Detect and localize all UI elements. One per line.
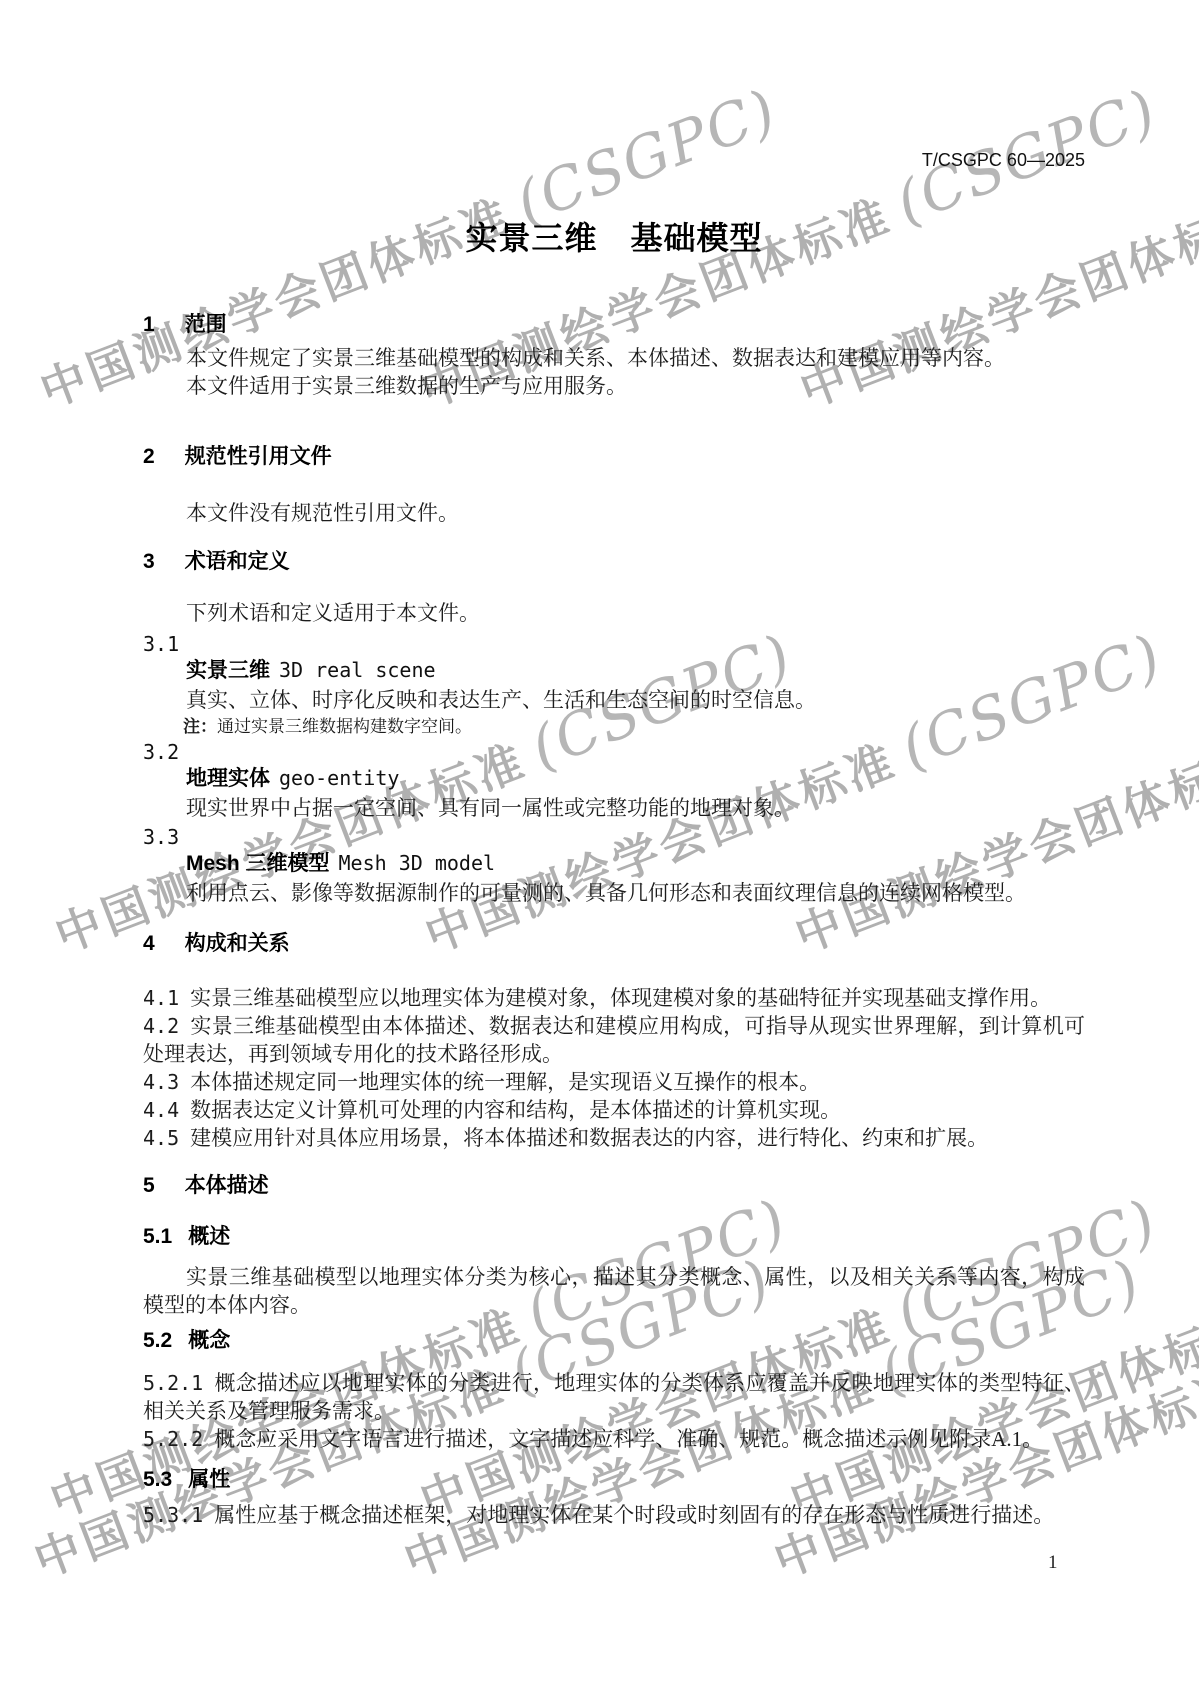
clause-4-2-number: 4.2 xyxy=(143,1014,179,1038)
clause-5-3-1-text: 属性应基于概念描述框架，对地理实体在某个时段或时刻固有的存在形态与性质进行描述。 xyxy=(214,1503,1054,1527)
section-5-1-heading: 5.1概述 xyxy=(143,1224,1085,1250)
section-5-1-paragraph: 实景三维基础模型以地理实体分类为核心，描述其分类概念、属性，以及相关关系等内容，… xyxy=(143,1263,1085,1319)
term-3-2-number: 3.2 xyxy=(143,739,1085,765)
clause-5-2-1-number: 5.2.1 xyxy=(143,1371,203,1395)
note-text: 通过实景三维数据构建数字空间。 xyxy=(217,717,472,736)
section-5-2-heading: 5.2概念 xyxy=(143,1328,1085,1354)
term-3-3: Mesh 三维模型Mesh 3D model xyxy=(186,850,1085,879)
term-3-1-definition: 真实、立体、时序化反映和表达生产、生活和生态空间的时空信息。 xyxy=(186,686,1085,714)
section-1-title: 范围 xyxy=(185,313,227,336)
scope-paragraph-1: 本文件规定了实景三维基础模型的构成和关系、本体描述、数据表达和建模应用等内容。 xyxy=(143,344,1085,372)
section-4-heading: 4构成和关系 xyxy=(143,931,1085,957)
clause-4-1-number: 4.1 xyxy=(143,986,179,1010)
scope-paragraph-2: 本文件适用于实景三维数据的生产与应用服务。 xyxy=(143,372,1085,400)
clause-4-4: 4.4数据表达定义计算机可处理的内容和结构，是本体描述的计算机实现。 xyxy=(143,1096,1085,1124)
clause-5-2-1: 5.2.1概念描述应以地理实体的分类进行，地理实体的分类体系应覆盖并反映地理实体… xyxy=(143,1369,1085,1425)
term-3-3-number: 3.3 xyxy=(143,824,1085,850)
clause-4-3: 4.3本体描述规定同一地理实体的统一理解，是实现语义互操作的根本。 xyxy=(143,1068,1085,1096)
section-5-3-number: 5.3 xyxy=(143,1467,172,1493)
normative-ref-paragraph: 本文件没有规范性引用文件。 xyxy=(143,499,1085,527)
section-5-number: 5 xyxy=(143,1173,155,1199)
term-3-3-definition: 利用点云、影像等数据源制作的可量测的、具备几何形态和表面纹理信息的连续网格模型。 xyxy=(186,879,1085,907)
section-4-title: 构成和关系 xyxy=(185,932,290,955)
clause-4-1: 4.1实景三维基础模型应以地理实体为建模对象，体现建模对象的基础特征并实现基础支… xyxy=(143,984,1085,1012)
clause-4-1-text: 实景三维基础模型应以地理实体为建模对象，体现建模对象的基础特征并实现基础支撑作用… xyxy=(190,986,1051,1010)
clause-5-3-1: 5.3.1属性应基于概念描述框架，对地理实体在某个时段或时刻固有的存在形态与性质… xyxy=(143,1501,1085,1529)
section-2-heading: 2规范性引用文件 xyxy=(143,444,1085,470)
term-3-2-cn: 地理实体 xyxy=(186,767,270,790)
section-5-1-number: 5.1 xyxy=(143,1224,172,1250)
terms-intro: 下列术语和定义适用于本文件。 xyxy=(143,599,1085,627)
clause-5-2-1-text: 概念描述应以地理实体的分类进行，地理实体的分类体系应覆盖并反映地理实体的类型特征… xyxy=(143,1371,1085,1423)
section-5-1-title: 概述 xyxy=(188,1225,230,1248)
term-3-1-note: 注：通过实景三维数据构建数字空间。 xyxy=(183,714,1085,739)
term-3-2-en: geo-entity xyxy=(279,766,399,790)
section-2-number: 2 xyxy=(143,444,155,470)
section-3-heading: 3术语和定义 xyxy=(143,549,1085,575)
term-3-3-en: Mesh 3D model xyxy=(339,851,496,875)
note-label: 注： xyxy=(183,717,217,736)
clause-5-2-2-text: 概念应采用文字语言进行描述，文字描述应科学、准确、规范。概念描述示例见附录A.1… xyxy=(214,1427,1043,1451)
clause-4-2-text: 实景三维基础模型由本体描述、数据表达和建模应用构成，可指导从现实世界理解，到计算… xyxy=(143,1014,1085,1066)
document-title: 实景三维 基础模型 xyxy=(143,216,1085,260)
section-4-number: 4 xyxy=(143,931,155,957)
clause-4-3-number: 4.3 xyxy=(143,1070,179,1094)
clause-4-5-number: 4.5 xyxy=(143,1126,179,1150)
clause-4-2: 4.2实景三维基础模型由本体描述、数据表达和建模应用构成，可指导从现实世界理解，… xyxy=(143,1012,1085,1068)
term-3-1-cn: 实景三维 xyxy=(186,659,270,682)
clause-4-5-text: 建模应用针对具体应用场景，将本体描述和数据表达的内容，进行特化、约束和扩展。 xyxy=(190,1126,988,1150)
doc-number: T/CSGPC 60—2025 xyxy=(143,148,1085,172)
clause-4-4-number: 4.4 xyxy=(143,1098,179,1122)
term-3-1: 实景三维3D real scene xyxy=(186,657,1085,686)
section-5-2-title: 概念 xyxy=(188,1329,230,1352)
term-3-2: 地理实体geo-entity xyxy=(186,765,1085,794)
section-3-title: 术语和定义 xyxy=(185,550,290,573)
section-5-2-number: 5.2 xyxy=(143,1328,172,1354)
term-3-1-en: 3D real scene xyxy=(279,658,436,682)
section-3-number: 3 xyxy=(143,549,155,575)
document-content: T/CSGPC 60—2025 实景三维 基础模型 1范围 本文件规定了实景三维… xyxy=(0,0,1199,1529)
clause-5-2-2-number: 5.2.2 xyxy=(143,1427,203,1451)
section-5-title: 本体描述 xyxy=(185,1174,269,1197)
section-1-heading: 1范围 xyxy=(143,312,1085,338)
section-5-heading: 5本体描述 xyxy=(143,1173,1085,1199)
section-5-3-title: 属性 xyxy=(188,1468,230,1491)
clause-4-5: 4.5建模应用针对具体应用场景，将本体描述和数据表达的内容，进行特化、约束和扩展… xyxy=(143,1124,1085,1152)
document-page: 中国测绘学会团体标准(CSGPC) 中国测绘学会团体标准(CSGPC) 中国测绘… xyxy=(0,0,1199,1696)
page-number: 1 xyxy=(1048,1552,1058,1574)
clause-5-3-1-number: 5.3.1 xyxy=(143,1503,203,1527)
clause-5-2-2: 5.2.2概念应采用文字语言进行描述，文字描述应科学、准确、规范。概念描述示例见… xyxy=(143,1425,1085,1453)
term-3-1-number: 3.1 xyxy=(143,631,1085,657)
clause-4-4-text: 数据表达定义计算机可处理的内容和结构，是本体描述的计算机实现。 xyxy=(190,1098,841,1122)
term-3-3-cn: Mesh 三维模型 xyxy=(186,852,330,875)
term-3-2-definition: 现实世界中占据一定空间、具有同一属性或完整功能的地理对象。 xyxy=(186,794,1085,822)
clause-4-3-text: 本体描述规定同一地理实体的统一理解，是实现语义互操作的根本。 xyxy=(190,1070,820,1094)
section-5-3-heading: 5.3属性 xyxy=(143,1467,1085,1493)
section-1-number: 1 xyxy=(143,312,155,338)
section-2-title: 规范性引用文件 xyxy=(185,445,332,468)
